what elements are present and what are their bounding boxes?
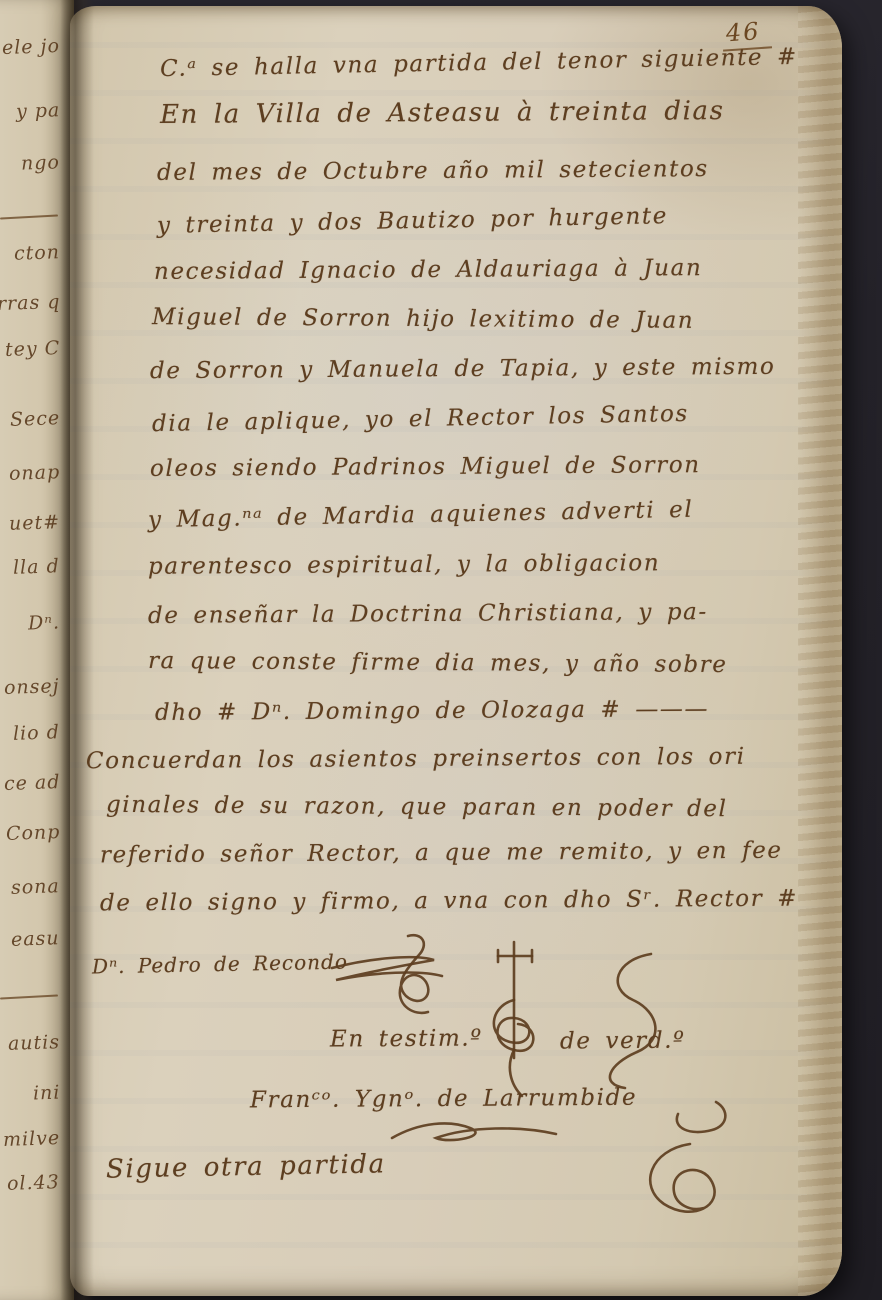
manuscript-line: necesidad Ignacio de Aldauriaga à Juan — [154, 255, 702, 285]
manuscript-line: referido señor Rector, a que me remito, … — [100, 838, 783, 869]
manuscript-text-layer: 46 C.ᵃ se halla vna partida del tenor si… — [0, 0, 882, 1300]
signature-underline-flourish-icon — [390, 1118, 560, 1148]
manuscript-line: y treinta y dos Bautizo por hurgente — [157, 203, 668, 239]
attestation-right: de verd.º — [560, 1028, 686, 1055]
manuscript-line: del mes de Octubre año mil setecientos — [157, 156, 709, 186]
pen-loop-flourish-icon — [620, 1100, 740, 1240]
notary-sign-icon — [470, 940, 560, 1100]
manuscript-line: ginales de su razon, que paran en poder … — [106, 792, 728, 822]
manuscript-line: Concuerdan los asientos preinsertos con … — [86, 744, 746, 775]
manuscript-line: oleos siendo Padrinos Miguel de Sorron — [150, 452, 701, 482]
manuscript-line: dho # Dⁿ. Domingo de Olozaga # ——— — [155, 696, 709, 726]
rubric-flourish-icon — [330, 930, 450, 1020]
closing-note: Sigue otra partida — [106, 1149, 386, 1184]
manuscript-line: y Mag.ⁿᵃ de Mardia aquienes adverti el — [148, 497, 694, 533]
rector-signature: Dⁿ. Pedro de Recondo — [92, 950, 348, 979]
manuscript-line: dia le aplique, yo el Rector los Santos — [152, 401, 689, 437]
manuscript-line: de ello signo y firmo, a vna con dho Sʳ.… — [100, 886, 798, 917]
manuscript-line: C.ᵃ se halla vna partida del tenor sigui… — [160, 44, 798, 82]
manuscript-line: parentesco espiritual, y la obligacion — [148, 550, 660, 580]
manuscript-line: ra que conste firme dia mes, y año sobre — [148, 648, 728, 678]
manuscript-line: En la Villa de Asteasu à treinta dias — [160, 96, 725, 130]
pen-loop-flourish-icon — [585, 950, 675, 1090]
manuscript-line: de Sorron y Manuela de Tapia, y este mis… — [150, 354, 776, 384]
manuscript-line: de enseñar la Doctrina Christiana, y pa- — [148, 599, 708, 629]
manuscript-line: Miguel de Sorron hijo lexitimo de Juan — [152, 304, 694, 334]
notary-signature: Franᶜᵒ. Ygnᵒ. de Larrumbide — [250, 1085, 637, 1114]
attestation-left: En testim.º — [330, 1025, 483, 1052]
